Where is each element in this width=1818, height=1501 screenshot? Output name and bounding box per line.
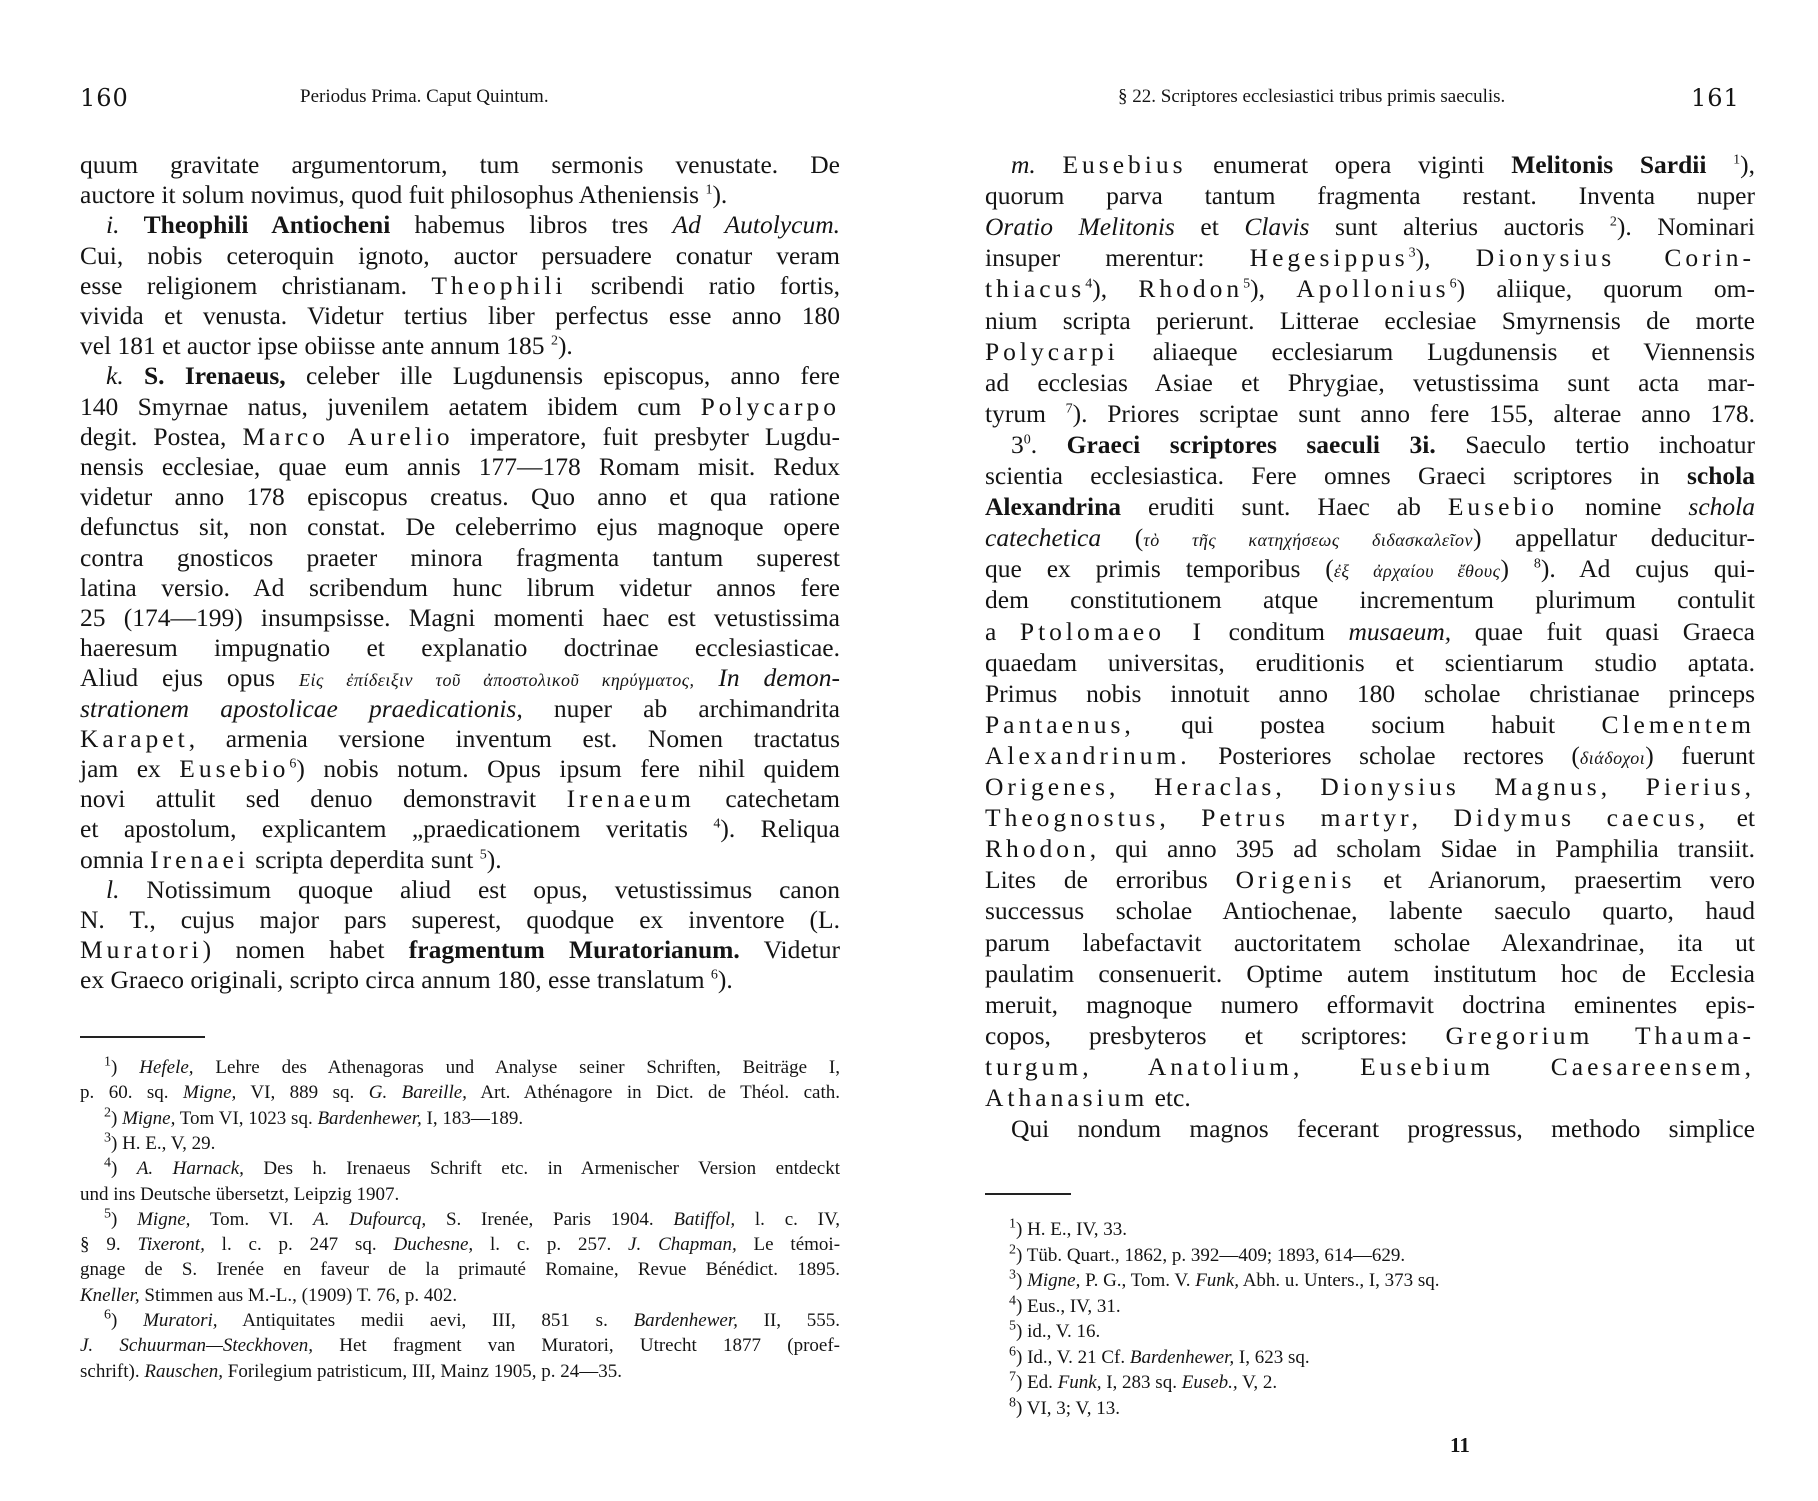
footnote-line: 6) Id., V. 21 Cf. Bardenhewer, I, 623 sq…	[985, 1346, 1755, 1370]
text-line: Oratio Melitonis et Clavis sunt alterius…	[985, 212, 1755, 242]
running-head: Periodus Prima. Caput Quintum.	[300, 86, 549, 108]
text-line: latina versio. Ad scribendum hunc librum…	[80, 573, 840, 603]
text-line: Primus nobis innotuit anno 180 scholae c…	[985, 679, 1755, 709]
text-line: thiacus4), Rhodon5), Apollonius6) aliiqu…	[985, 274, 1755, 304]
footnote-line: und ins Deutsche übersetzt, Leipzig 1907…	[80, 1183, 840, 1207]
text-line: strationem apostolicae praedicationis, n…	[80, 694, 840, 724]
text-line: ad ecclesias Asiae et Phrygiae, vetustis…	[985, 368, 1755, 398]
text-line: Alexandrinum. Posteriores scholae rector…	[985, 741, 1755, 771]
footnote-line: 3) Migne, P. G., Tom. V. Funk, Abh. u. U…	[985, 1269, 1755, 1293]
footnote-line: 2) Tüb. Quart., 1862, p. 392—409; 1893, …	[985, 1244, 1755, 1268]
text-line: Aliud ejus opus Εἰς ἐπίδειξιν τοῦ ἀποστο…	[80, 663, 840, 693]
text-line: Polycarpi aliaeque ecclesiarum Lugdunens…	[985, 337, 1755, 367]
text-line: que ex primis temporibus (ἐξ ἀρχαίου ἔθο…	[985, 554, 1755, 584]
text-line: 25 (174—199) insumpsisse. Magni momenti …	[80, 603, 840, 633]
text-line: parum labefactavit auctoritatem scholae …	[985, 928, 1755, 958]
page-number: 160	[80, 84, 129, 112]
text-line: Theognostus, Petrus martyr, Didymus caec…	[985, 803, 1755, 833]
text-line: et apostolum, explicantem „praedicatione…	[80, 814, 840, 844]
footnote-line: 7) Ed. Funk, I, 283 sq. Euseb., V, 2.	[985, 1371, 1755, 1395]
footnote-line: § 9. Tixeront, l. c. p. 247 sq. Duchesne…	[80, 1233, 840, 1257]
footnote-line: 5) Migne, Tom. VI. A. Dufourcq, S. Irené…	[80, 1208, 840, 1232]
footnote-line: 8) VI, 3; V, 13.	[985, 1397, 1755, 1421]
footnote-line: 6) Muratori, Antiquitates medii aevi, II…	[80, 1309, 840, 1333]
text-line: nensis ecclesiae, quae eum annis 177—178…	[80, 452, 840, 482]
right-page: § 22. Scriptores ecclesiastici tribus pr…	[909, 0, 1818, 1501]
text-line: meruit, magnoque numero efformavit doctr…	[985, 990, 1755, 1020]
footnote-line: 1) Hefele, Lehre des Athenagoras und Ana…	[80, 1056, 840, 1080]
running-head: § 22. Scriptores ecclesiastici tribus pr…	[1118, 86, 1505, 108]
text-line: Rhodon, qui anno 395 ad scholam Sidae in…	[985, 834, 1755, 864]
footnote-line: 5) id., V. 16.	[985, 1320, 1755, 1344]
page-number: 161	[1691, 84, 1740, 112]
text-line: Origenes, Heraclas, Dionysius Magnus, Pi…	[985, 772, 1755, 802]
footnote-line: 4) A. Harnack, Des h. Irenaeus Schrift e…	[80, 1157, 840, 1181]
left-page: 160 Periodus Prima. Caput Quintum. quum …	[0, 0, 909, 1501]
text-line: Karapet, armenia versione inventum est. …	[80, 724, 840, 754]
text-line: dem constitutionem atque incrementum plu…	[985, 585, 1755, 615]
text-line: 30. Graeci scriptores saeculi 3i. Saecul…	[985, 430, 1755, 460]
footnote-line: p. 60. sq. Migne, VI, 889 sq. G. Bareill…	[80, 1081, 840, 1105]
text-line: scientia ecclesiastica. Fere omnes Graec…	[985, 461, 1755, 491]
footnote-line: Kneller, Stimmen aus M.-L., (1909) T. 76…	[80, 1284, 840, 1308]
signature-mark: 11	[1450, 1433, 1470, 1458]
text-line: m. Eusebius enumerat opera viginti Melit…	[985, 150, 1755, 180]
text-line: defunctus sit, non constat. De celeberri…	[80, 512, 840, 542]
text-line: k. S. Irenaeus, celeber ille Lugdunensis…	[80, 361, 840, 391]
text-line: Qui nondum magnos fecerant progressus, m…	[985, 1114, 1755, 1144]
text-line: omnia Irenaei scripta deperdita sunt 5).	[80, 845, 840, 875]
text-line: i. Theophili Antiocheni habemus libros t…	[80, 210, 840, 240]
footnote-line: J. Schuurman—Steckhoven, Het fragment va…	[80, 1334, 840, 1358]
footnote-line: schrift). Rauschen, Forilegium patristic…	[80, 1360, 840, 1384]
footnote-divider	[985, 1193, 1071, 1195]
text-line: Lites de erroribus Origenis et Arianorum…	[985, 865, 1755, 895]
text-line: Pantaenus, qui postea socium habuit Clem…	[985, 710, 1755, 740]
footnote-line: 4) Eus., IV, 31.	[985, 1295, 1755, 1319]
text-line: turgum, Anatolium, Eusebium Caesareensem…	[985, 1052, 1755, 1082]
text-line: quorum parva tantum fragmenta restant. I…	[985, 181, 1755, 211]
text-line: nium scripta perierunt. Litterae ecclesi…	[985, 306, 1755, 336]
text-line: vivida et venusta. Videtur tertius liber…	[80, 301, 840, 331]
text-line: jam ex Eusebio6) nobis notum. Opus ipsum…	[80, 754, 840, 784]
text-line: Athanasium etc.	[985, 1083, 1755, 1113]
text-line: insuper merentur: Hegesippus3), Dionysiu…	[985, 243, 1755, 273]
text-line: successus scholae Antiochenae, labente s…	[985, 896, 1755, 926]
text-line: vel 181 et auctor ipse obiisse ante annu…	[80, 331, 840, 361]
text-line: quaedam universitas, eruditionis et scie…	[985, 648, 1755, 678]
text-line: paulatim consenuerit. Optime autem insti…	[985, 959, 1755, 989]
text-line: catechetica (τὸ τῆς κατηχήσεως διδασκαλε…	[985, 523, 1755, 553]
footnote-line: 2) Migne, Tom VI, 1023 sq. Bardenhewer, …	[80, 1107, 840, 1131]
footnote-line: gnage de S. Irenée en faveur de la prima…	[80, 1258, 840, 1282]
text-line: tyrum 7). Priores scriptae sunt anno fer…	[985, 399, 1755, 429]
text-line: haeresum impugnatio et explanatio doctri…	[80, 633, 840, 663]
text-line: Alexandrina eruditi sunt. Haec ab Eusebi…	[985, 492, 1755, 522]
text-line: videtur anno 178 episcopus creatus. Quo …	[80, 482, 840, 512]
text-line: novi attulit sed denuo demonstravit Iren…	[80, 784, 840, 814]
text-line: Cui, nobis ceteroquin ignoto, auctor per…	[80, 241, 840, 271]
text-line: esse religionem christianam. Theophili s…	[80, 271, 840, 301]
text-line: ex Graeco originali, scripto circa annum…	[80, 965, 840, 995]
text-line: 140 Smyrnae natus, juvenilem aetatem ibi…	[80, 392, 840, 422]
text-line: l. Notissimum quoque aliud est opus, vet…	[80, 875, 840, 905]
text-line: quum gravitate argumentorum, tum sermoni…	[80, 150, 840, 180]
text-line: Muratori) nomen habet fragmentum Murator…	[80, 935, 840, 965]
footnote-line: 1) H. E., IV, 33.	[985, 1218, 1755, 1242]
footnote-line: 3) H. E., V, 29.	[80, 1132, 840, 1156]
text-line: a Ptolomaeo I conditum musaeum, quae fui…	[985, 617, 1755, 647]
text-line: copos, presbyteros et scriptores: Gregor…	[985, 1021, 1755, 1051]
text-line: contra gnosticos praeter minora fragment…	[80, 543, 840, 573]
text-line: degit. Postea, Marco Aurelio imperatore,…	[80, 422, 840, 452]
footnote-divider	[80, 1036, 205, 1038]
text-line: auctore it solum novimus, quod fuit phil…	[80, 180, 840, 210]
text-line: N. T., cujus major pars superest, quodqu…	[80, 905, 840, 935]
